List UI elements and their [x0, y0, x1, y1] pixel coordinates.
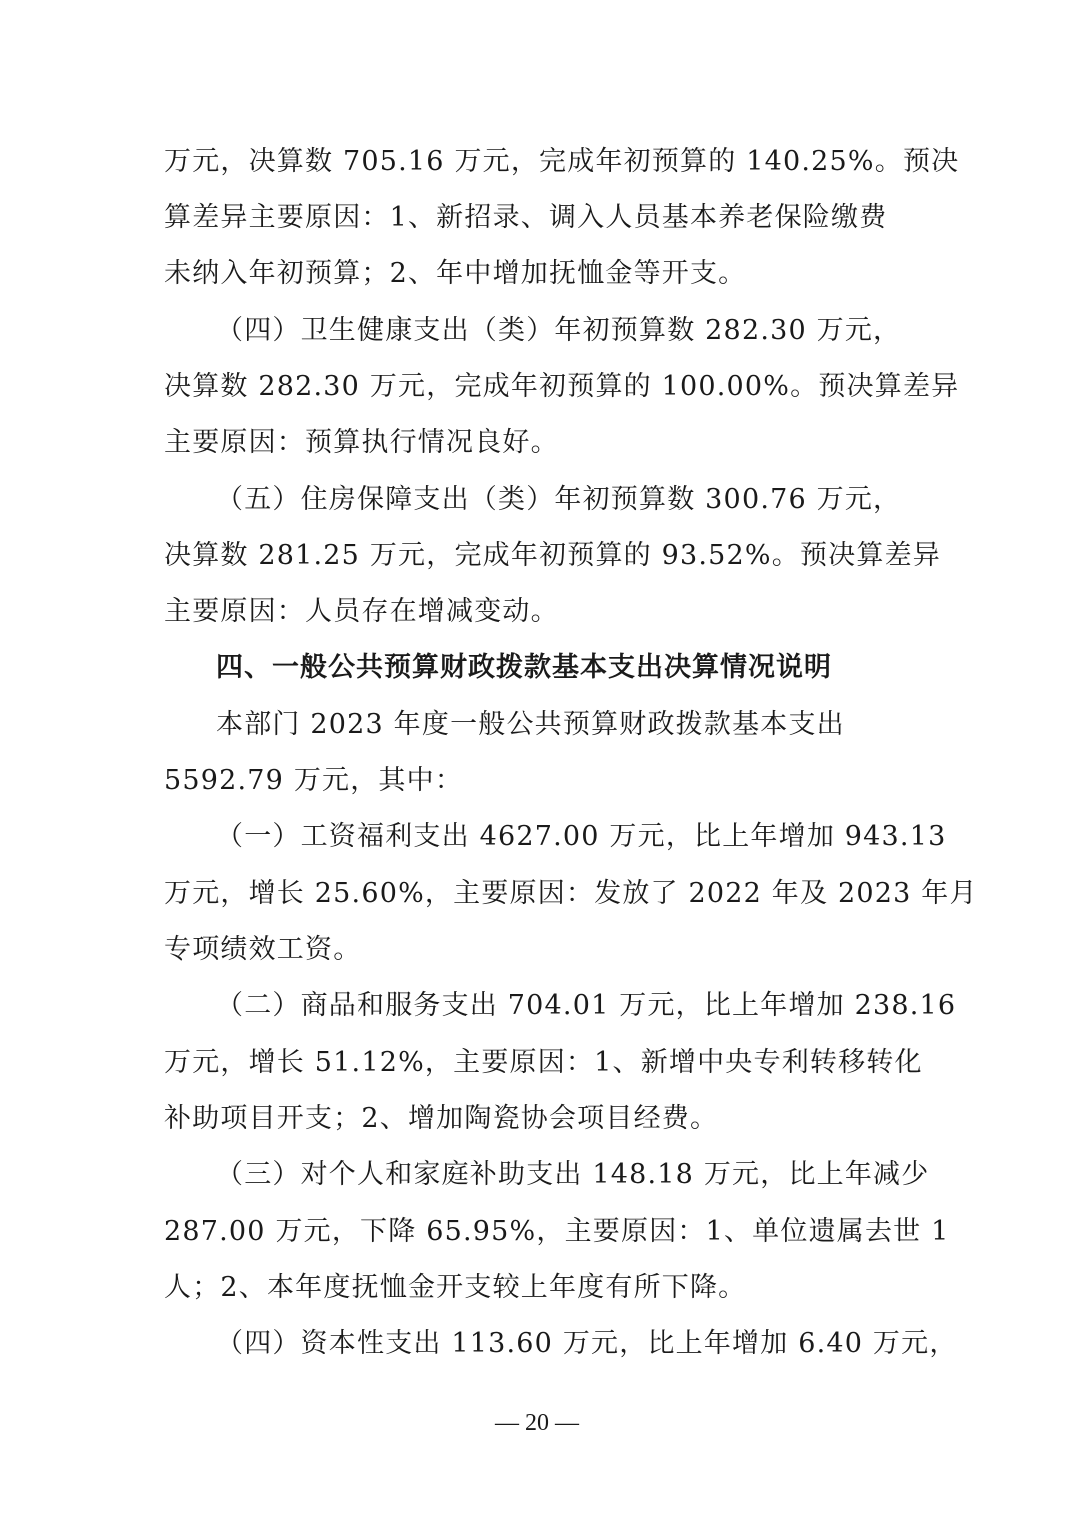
paragraph-line: 万元，决算数 705.16 万元，完成年初预算的 140.25%。预决: [164, 145, 959, 179]
page-number: — 20 —: [0, 1410, 1074, 1437]
section-heading: 四、一般公共预算财政拨款基本支出决算情况说明: [216, 651, 832, 685]
paragraph-line: （四）资本性支出 113.60 万元，比上年增加 6.40 万元，: [216, 1327, 958, 1361]
paragraph-line: 万元，增长 51.12%，主要原因：1、新增中央专利转移转化: [164, 1046, 923, 1080]
paragraph-line: （五）住房保障支出（类）年初预算数 300.76 万元，: [216, 483, 901, 517]
paragraph-line: 5592.79 万元，其中：: [164, 764, 463, 798]
paragraph-line: 人；2、本年度抚恤金开支较上年度有所下降。: [164, 1271, 746, 1305]
paragraph-line: （三）对个人和家庭补助支出 148.18 万元，比上年减少: [216, 1158, 929, 1192]
paragraph-line: 专项绩效工资。: [164, 933, 361, 967]
paragraph-line: 算差异主要原因：1、新招录、调入人员基本养老保险缴费: [164, 201, 887, 235]
paragraph-line: （二）商品和服务支出 704.01 万元，比上年增加 238.16: [216, 989, 956, 1023]
paragraph-line: 未纳入年初预算；2、年中增加抚恤金等开支。: [164, 257, 746, 291]
paragraph-line: （四）卫生健康支出（类）年初预算数 282.30 万元，: [216, 314, 901, 348]
paragraph-line: 本部门 2023 年度一般公共预算财政拨款基本支出: [216, 708, 845, 742]
paragraph-line: 决算数 282.30 万元，完成年初预算的 100.00%。预决算差异: [164, 370, 959, 404]
paragraph-line: 主要原因：预算执行情况良好。: [164, 426, 559, 460]
paragraph-line: 287.00 万元，下降 65.95%，主要原因：1、单位遗属去世 1: [164, 1215, 950, 1249]
document-page: 万元，决算数 705.16 万元，完成年初预算的 140.25%。预决 算差异主…: [0, 0, 1074, 1520]
paragraph-line: 决算数 281.25 万元，完成年初预算的 93.52%。预决算差异: [164, 539, 941, 573]
paragraph-line: 主要原因：人员存在增减变动。: [164, 595, 559, 629]
paragraph-line: 万元，增长 25.60%，主要原因：发放了 2022 年及 2023 年月: [164, 877, 978, 911]
paragraph-line: （一）工资福利支出 4627.00 万元，比上年增加 943.13: [216, 820, 946, 854]
paragraph-line: 补助项目开支；2、增加陶瓷协会项目经费。: [164, 1102, 718, 1136]
